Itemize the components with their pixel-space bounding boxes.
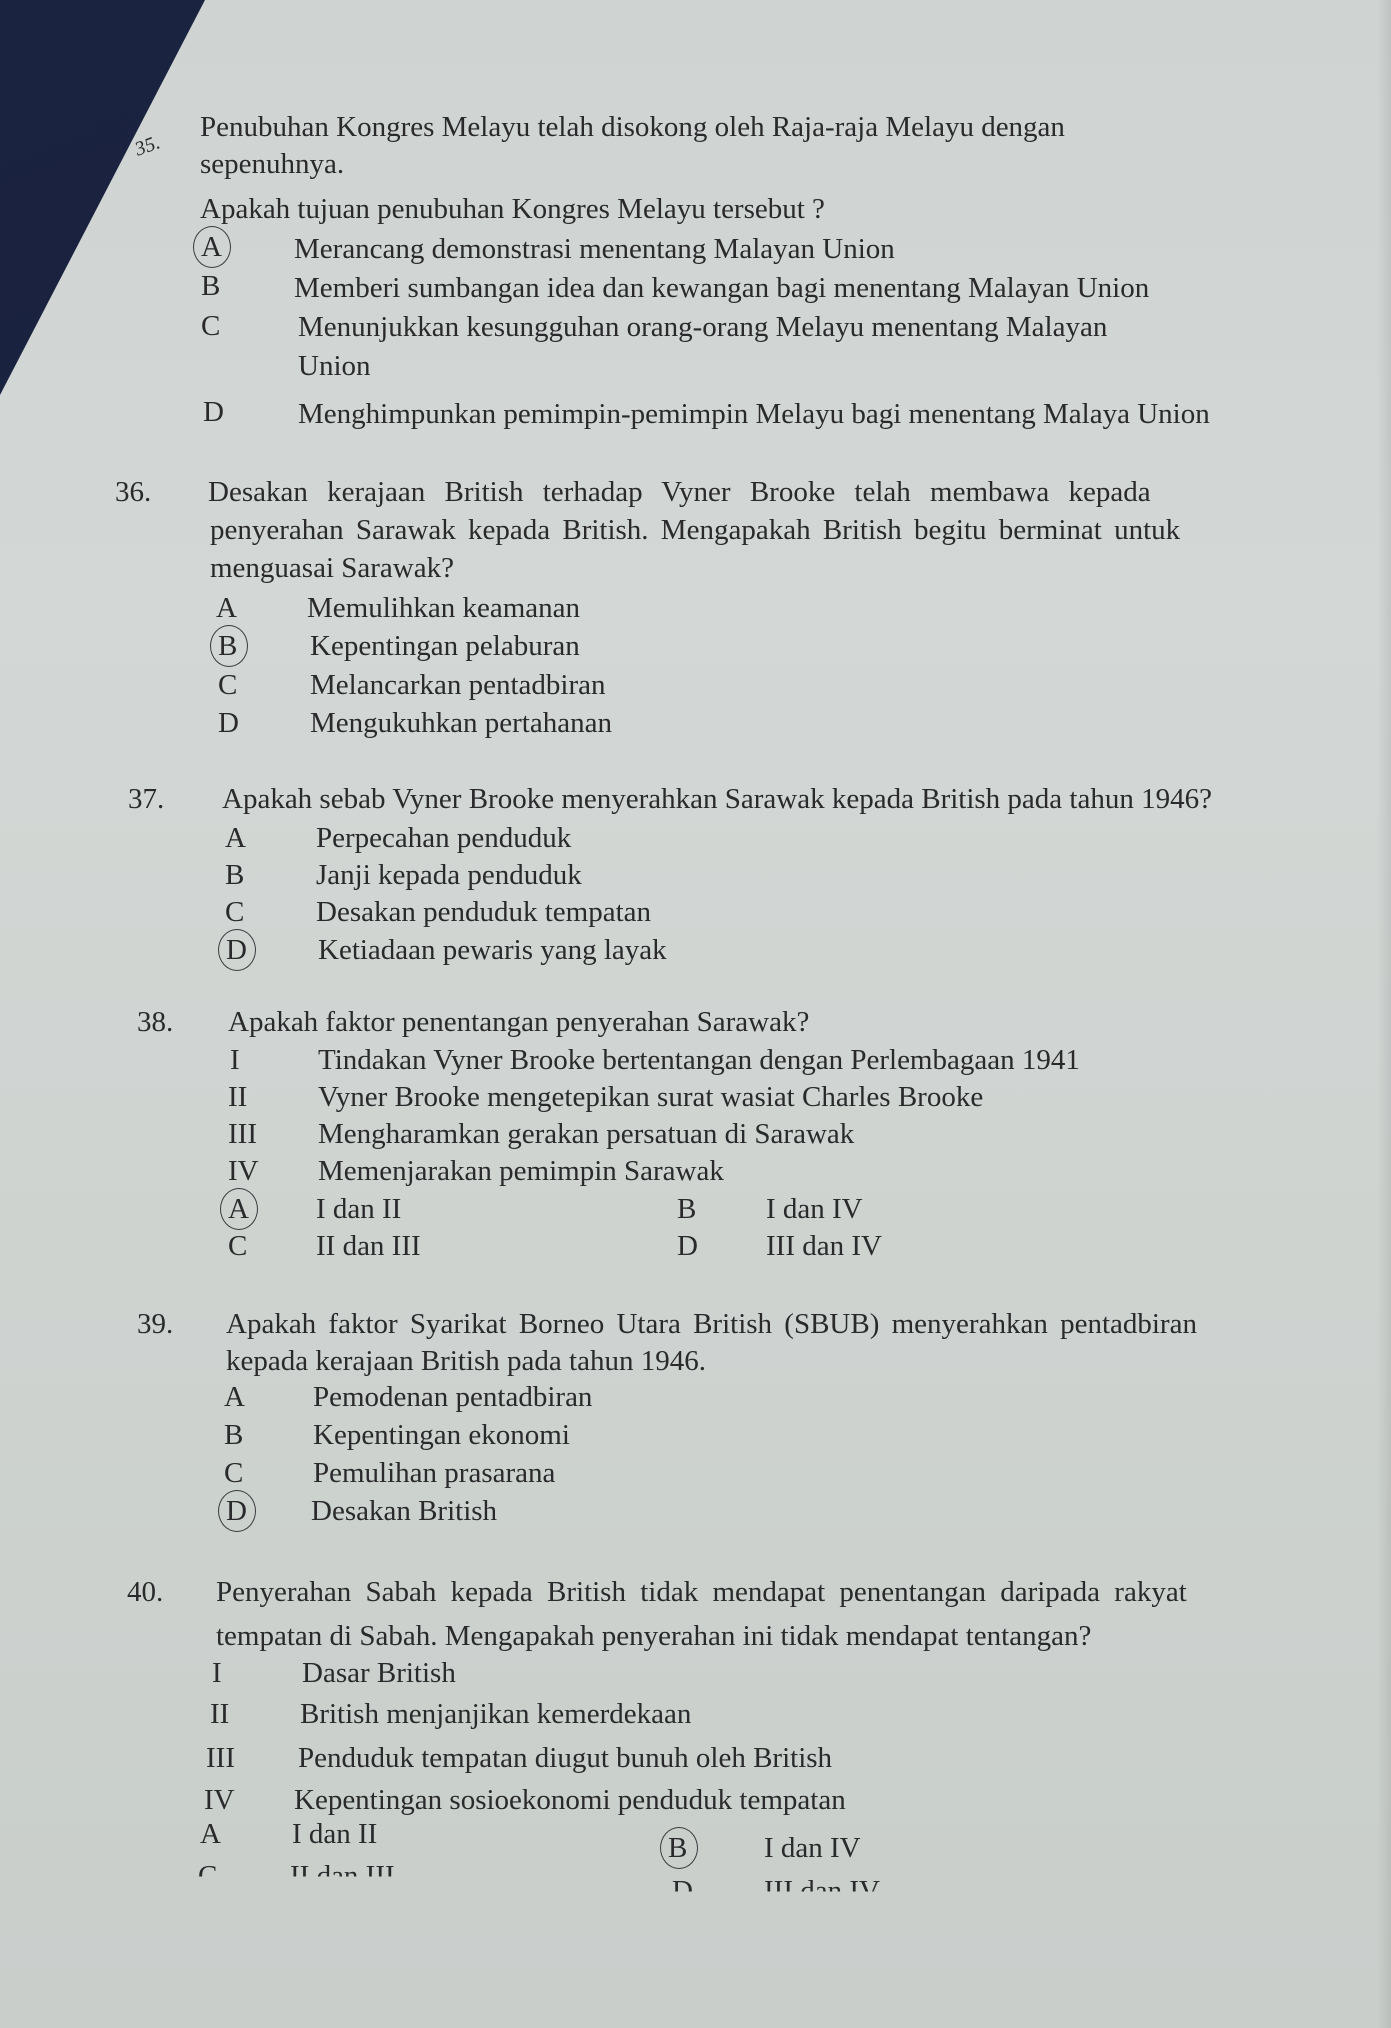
option-letter[interactable]: D [677, 1232, 698, 1261]
option-letter-circled[interactable]: D [226, 936, 247, 965]
option-text: Kepentingan pelaburan [310, 632, 580, 661]
item-text: Penduduk tempatan diugut bunuh oleh Brit… [298, 1744, 832, 1773]
option-text: Menunjukkan kesungguhan orang-orang Mela… [298, 313, 1107, 342]
option-letter[interactable]: A [216, 594, 237, 623]
option-text: Pemodenan pentadbiran [313, 1383, 592, 1412]
item-text: Dasar British [302, 1659, 456, 1688]
option-letter[interactable]: B [225, 861, 244, 890]
option-letter[interactable]: A [224, 1383, 245, 1412]
item-numeral: IV [228, 1157, 259, 1186]
option-letter[interactable]: C [225, 898, 244, 927]
question-number: 38. [137, 1008, 173, 1037]
option-text: Pemulihan prasarana [313, 1459, 555, 1488]
option-text: II dan III [316, 1232, 421, 1261]
question-stem: sepenuhnya. [200, 150, 344, 179]
option-letter[interactable]: D [218, 709, 239, 738]
option-letter[interactable]: A [225, 824, 246, 853]
item-text: Vyner Brooke mengetepikan surat wasiat C… [318, 1083, 983, 1112]
item-numeral: II [228, 1083, 247, 1112]
option-text: III dan IV [766, 1232, 882, 1261]
question-stem: kepada kerajaan British pada tahun 1946. [226, 1347, 706, 1376]
question-stem: penyerahan Sarawak kepada British. Menga… [210, 516, 1180, 545]
question-number: 37. [128, 785, 164, 814]
option-text: Memulihkan keamanan [307, 594, 580, 623]
question-stem: tempatan di Sabah. Mengapakah penyerahan… [216, 1622, 1091, 1651]
option-letter[interactable]: D [203, 398, 224, 427]
question-number: 39. [137, 1310, 173, 1339]
option-text: Desakan penduduk tempatan [316, 898, 651, 927]
item-text: Tindakan Vyner Brooke bertentangan denga… [318, 1046, 1080, 1075]
question-stem: Apakah faktor penentangan penyerahan Sar… [228, 1008, 809, 1037]
option-text: Ketiadaan pewaris yang layak [318, 936, 667, 965]
question-stem: Penubuhan Kongres Melayu telah disokong … [200, 113, 1065, 142]
option-text: Melancarkan pentadbiran [310, 671, 606, 700]
option-letter-circled[interactable]: A [201, 233, 222, 262]
option-text: Desakan British [311, 1497, 497, 1526]
option-text: Perpecahan penduduk [316, 824, 571, 853]
option-text: I dan II [292, 1820, 377, 1849]
question-stem: Apakah tujuan penubuhan Kongres Melayu t… [200, 195, 825, 224]
item-text: British menjanjikan kemerdekaan [300, 1700, 691, 1729]
option-text: Union [298, 352, 371, 381]
option-letter-circled[interactable]: B [668, 1834, 687, 1863]
question-stem: menguasai Sarawak? [210, 554, 454, 583]
item-text: Kepentingan sosioekonomi penduduk tempat… [294, 1786, 846, 1815]
option-letter[interactable]: A [200, 1820, 221, 1849]
option-letter-circled[interactable]: D [226, 1497, 247, 1526]
option-text: Mengukuhkan pertahanan [310, 709, 612, 738]
question-stem: Penyerahan Sabah kepada British tidak me… [216, 1578, 1187, 1607]
question-number: 40. [127, 1578, 163, 1607]
item-numeral: IV [204, 1786, 235, 1815]
option-text: I dan IV [766, 1195, 863, 1224]
option-letter[interactable]: C [201, 312, 220, 341]
item-text: Memenjarakan pemimpin Sarawak [318, 1157, 724, 1186]
question-number: 36. [115, 478, 151, 507]
option-letter-circled[interactable]: B [218, 632, 237, 661]
option-text: Merancang demonstrasi menentang Malayan … [294, 235, 895, 264]
question-stem: Desakan kerajaan British terhadap Vyner … [208, 478, 1151, 507]
option-text: I dan II [316, 1195, 401, 1224]
option-letter[interactable]: C [218, 671, 237, 700]
question-stem: Apakah sebab Vyner Brooke menyerahkan Sa… [222, 785, 1212, 814]
item-text: Mengharamkan gerakan persatuan di Sarawa… [318, 1120, 854, 1149]
option-letter[interactable]: B [677, 1195, 696, 1224]
option-text: Janji kepada penduduk [316, 861, 582, 890]
question-stem: Apakah faktor Syarikat Borneo Utara Brit… [226, 1310, 1197, 1339]
item-numeral: III [206, 1744, 235, 1773]
item-numeral: III [228, 1120, 257, 1149]
item-numeral: II [210, 1700, 229, 1729]
option-text: I dan IV [764, 1834, 861, 1863]
option-text: Memberi sumbangan idea dan kewangan bagi… [294, 274, 1149, 303]
item-numeral: I [212, 1659, 222, 1688]
option-letter[interactable]: C [228, 1232, 247, 1261]
item-numeral: I [230, 1046, 240, 1075]
option-letter-circled[interactable]: A [228, 1195, 249, 1224]
option-letter[interactable]: B [201, 272, 220, 301]
option-text: Menghimpunkan pemimpin-pemimpin Melayu b… [298, 400, 1210, 429]
option-letter[interactable]: B [224, 1421, 243, 1450]
option-letter[interactable]: C [224, 1459, 243, 1488]
option-text: Kepentingan ekonomi [313, 1421, 570, 1450]
